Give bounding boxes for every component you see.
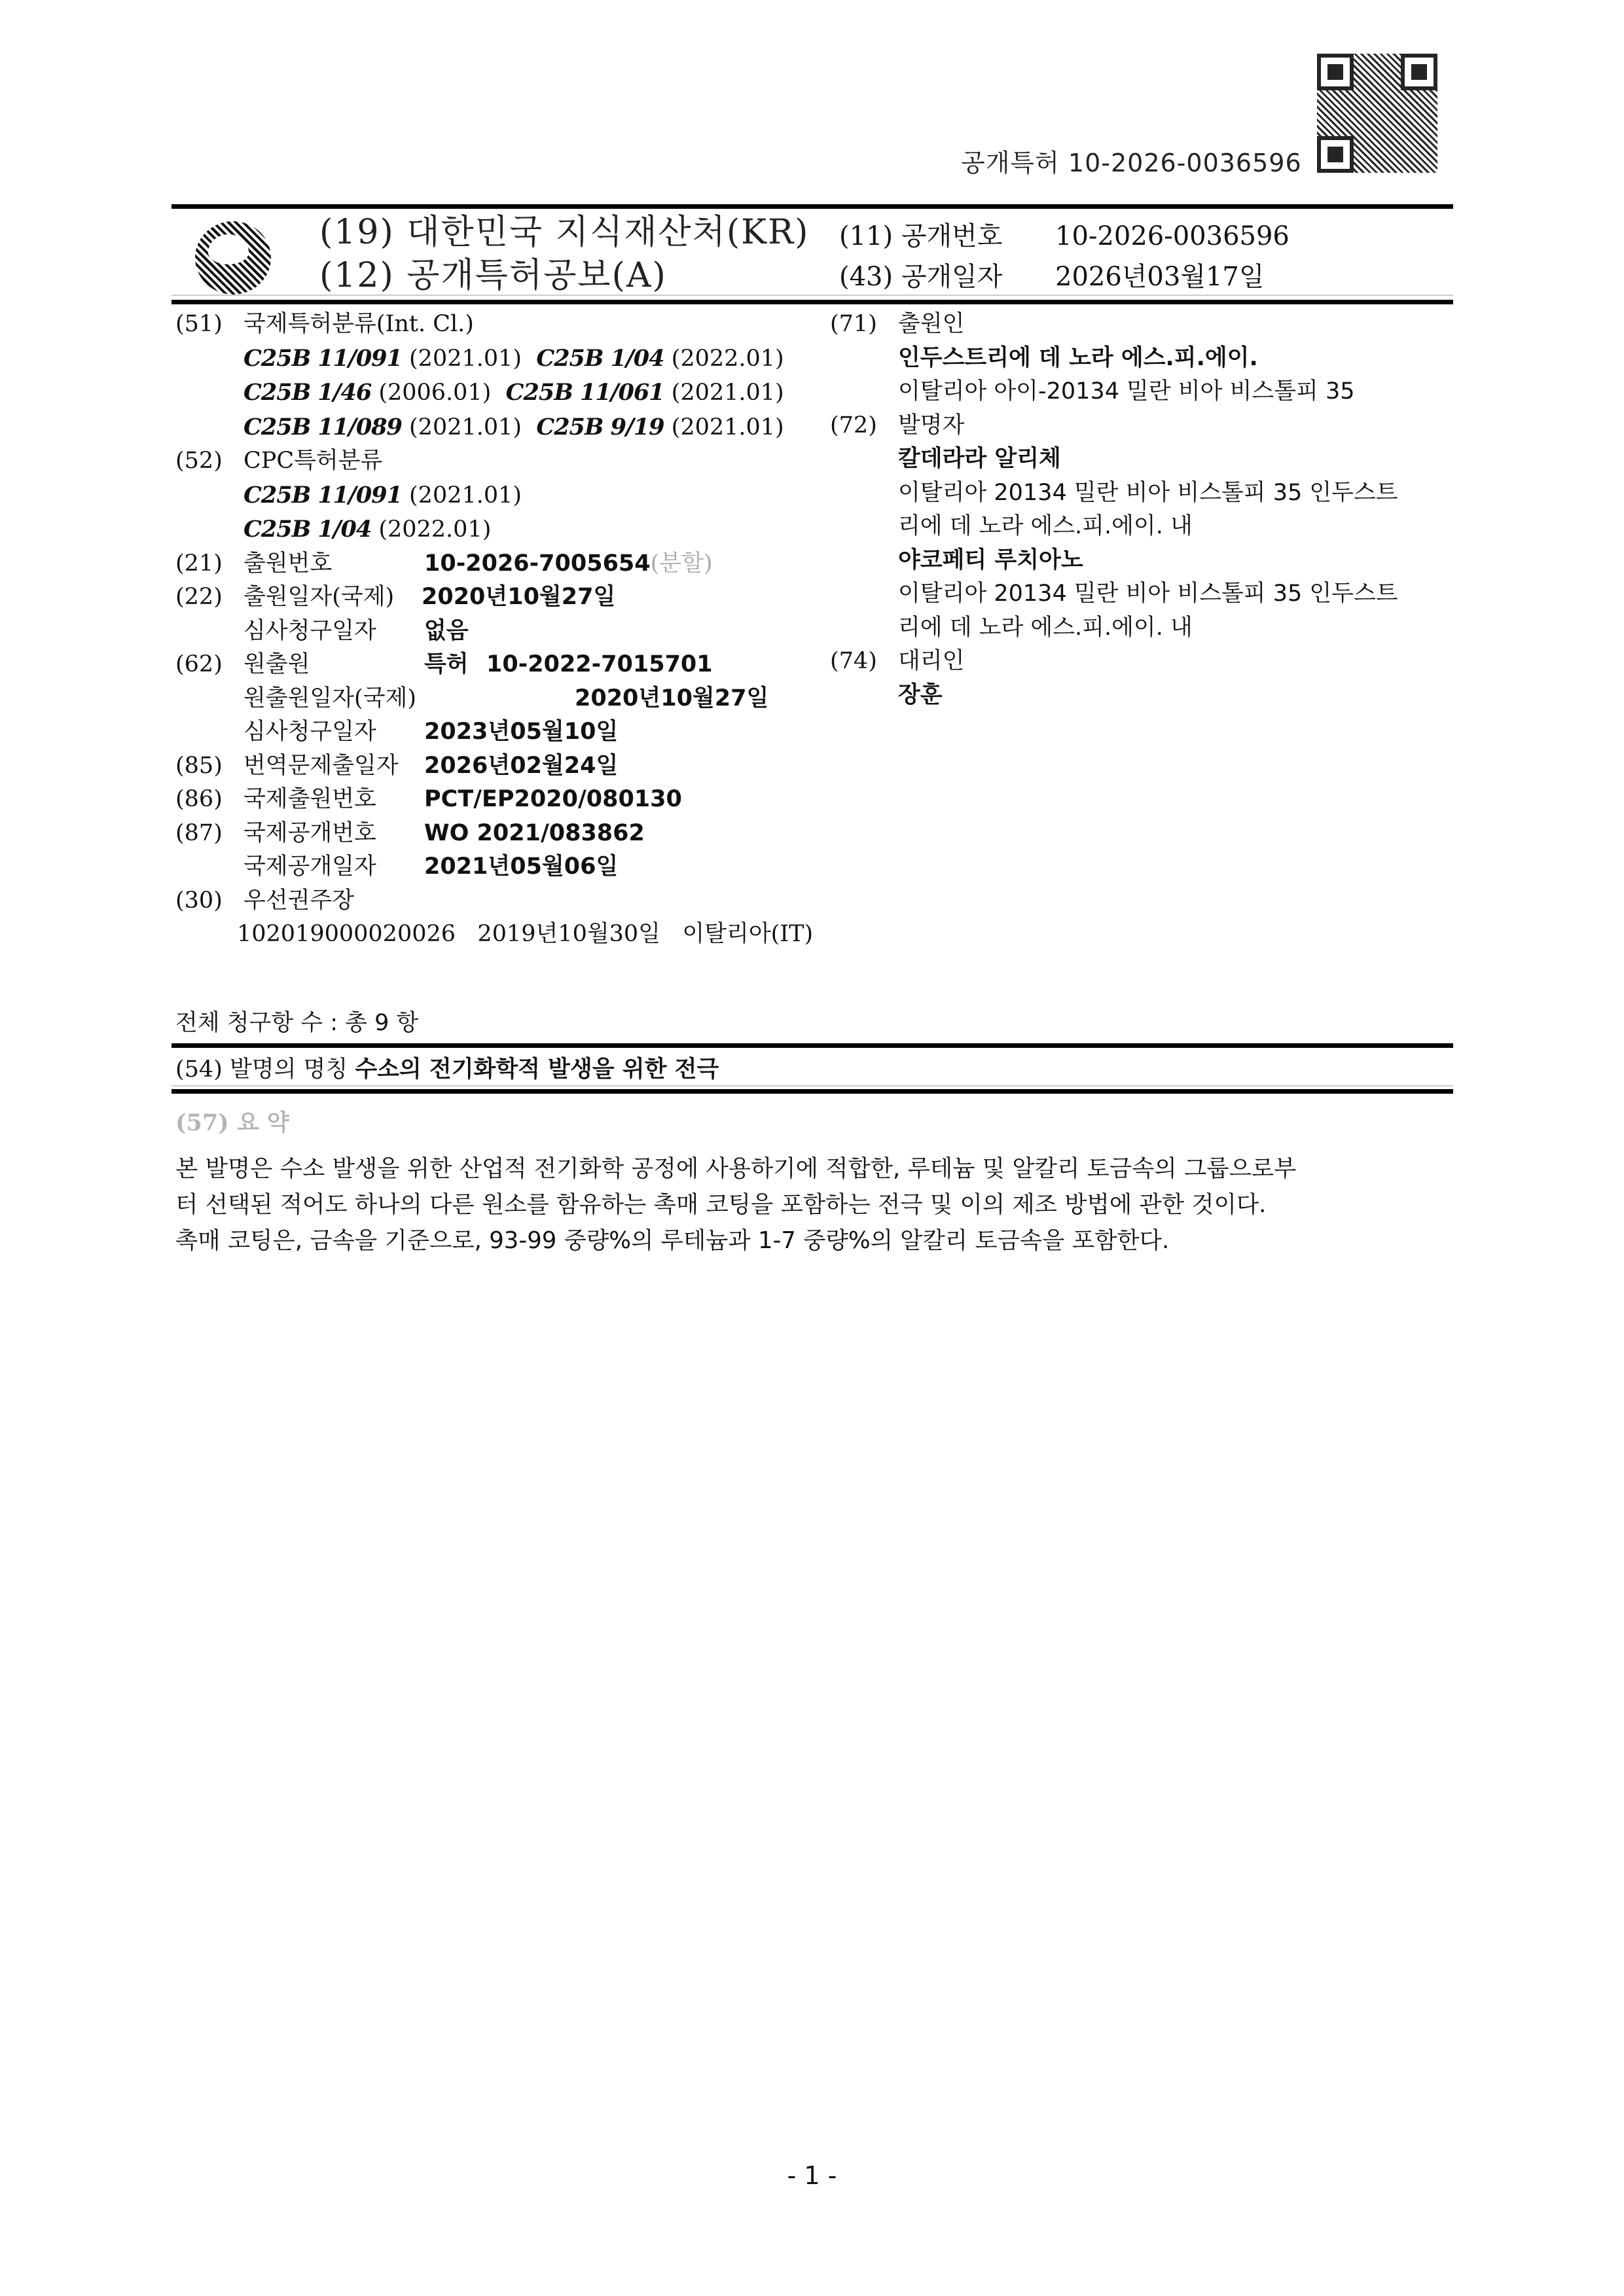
inventor-address-cont: 리에 데 노라 에스.피.에이. 내 — [830, 611, 1452, 645]
emblem-swirl — [208, 234, 249, 264]
publication-info: (11) 공개번호10-2026-0036596 (43) 공개일자2026년0… — [839, 216, 1290, 297]
title-thin-rule — [171, 1085, 1453, 1086]
application-number-row: (21)출원번호 10-2026-7005654(분할) — [175, 547, 804, 581]
qr-finder-icon — [1317, 54, 1354, 90]
bibliographic-right-column: (71)출원인 인두스트리에 데 노라 에스.피.에이. 이탈리아 아이-201… — [830, 308, 1452, 712]
ipc-heading: (51)국제특허분류(Int. Cl.) — [175, 308, 804, 342]
page-number: - 1 - — [0, 2161, 1624, 2190]
cpc-row: C25B 11/091 (2021.01) — [175, 478, 804, 513]
parent-exam-row: 심사청구일자 2023년05월10일 — [175, 715, 804, 749]
qr-finder-icon — [1317, 136, 1354, 173]
intl-application-row: (86)국제출원번호 PCT/EP2020/080130 — [175, 783, 804, 817]
running-header-publication-number: 공개특허 10-2026-0036596 — [961, 143, 1302, 179]
abstract-line: 본 발명은 수소 발생을 위한 산업적 전기화학 공정에 사용하기에 적합한, … — [175, 1151, 1452, 1187]
ipc-row: C25B 1/46 (2006.01) C25B 11/061 (2021.01… — [175, 376, 804, 410]
inventors-heading: (72)발명자 — [830, 409, 1452, 443]
publication-kind: (12) 공개특허공보(A) — [319, 254, 809, 297]
abstract-heading: (57) 요 약 — [175, 1105, 289, 1138]
application-date-row: (22)출원일자(국제) 2020년10월27일 — [175, 581, 804, 615]
agent-heading: (74)대리인 — [830, 645, 1452, 679]
cpc-heading: (52)CPC특허분류 — [175, 444, 804, 478]
application-number: 10-2026-7005654 — [424, 550, 651, 577]
bibliographic-left-column: (51)국제특허분류(Int. Cl.) C25B 11/091 (2021.0… — [175, 308, 804, 952]
qr-finder-icon — [1401, 54, 1437, 90]
abstract-line: 촉매 코팅은, 금속을 기준으로, 93-99 중량%의 루테늄과 1-7 중량… — [175, 1223, 1452, 1259]
exam-request-row: 심사청구일자 없음 — [175, 615, 804, 649]
cpc-row: C25B 1/04 (2022.01) — [175, 512, 804, 547]
publication-number-value: 10-2026-0036596 — [1055, 221, 1290, 251]
ipc-row: C25B 11/091 (2021.01) C25B 1/04 (2022.01… — [175, 342, 804, 376]
invention-title: 수소의 전기화학적 발생을 위한 전극 — [355, 1056, 719, 1083]
inventor-name: 칼데라라 알리체 — [830, 442, 1452, 476]
priority-row: 102019000020026 2019년10월30일 이탈리아(IT) — [175, 918, 804, 952]
office-title: (19) 대한민국 지식재산처(KR) (12) 공개특허공보(A) — [319, 211, 809, 297]
publication-number-label: (11) 공개번호 — [839, 216, 1055, 257]
abstract-line: 터 선택된 적어도 하나의 다른 원소를 함유하는 촉매 코팅을 포함하는 전극… — [175, 1187, 1452, 1223]
invention-title-row: (54) 발명의 명칭 수소의 전기화학적 발생을 위한 전극 — [175, 1051, 719, 1084]
abstract-body: 본 발명은 수소 발생을 위한 산업적 전기화학 공정에 사용하기에 적합한, … — [175, 1151, 1452, 1259]
title-top-rule — [171, 1043, 1453, 1048]
masthead-bottom-rule — [171, 300, 1453, 304]
masthead-top-rule — [171, 204, 1453, 209]
applicant-name: 인두스트리에 데 노라 에스.피.에이. — [830, 342, 1452, 376]
office-name: (19) 대한민국 지식재산처(KR) — [319, 211, 809, 254]
inventor-address: 이탈리아 20134 밀란 비아 비스톨피 35 인두스트 — [830, 577, 1452, 611]
inventor-address: 이탈리아 20134 밀란 비아 비스톨피 35 인두스트 — [830, 476, 1452, 511]
qr-code-icon — [1317, 54, 1437, 173]
agent-name: 장훈 — [830, 679, 1452, 713]
government-emblem-icon — [195, 221, 271, 295]
priority-heading: (30)우선권주장 — [175, 884, 804, 918]
title-bottom-rule — [171, 1089, 1453, 1094]
parent-application-row: (62)원출원 특허 10-2022-7015701 — [175, 648, 804, 682]
divisional-marker: (분할) — [651, 550, 713, 577]
intl-publication-date-row: 국제공개일자 2021년05월06일 — [175, 850, 804, 884]
invention-title-label: (54) 발명의 명칭 — [175, 1056, 348, 1083]
publication-date-value: 2026년03월17일 — [1055, 262, 1265, 292]
applicant-address: 이탈리아 아이-20134 밀란 비아 비스톨피 35 — [830, 375, 1452, 409]
intl-publication-row: (87)국제공개번호 WO 2021/083862 — [175, 817, 804, 851]
publication-date-label: (43) 공개일자 — [839, 257, 1055, 297]
inventor-address-cont: 리에 데 노라 에스.피.에이. 내 — [830, 510, 1452, 544]
ipc-row: C25B 11/089 (2021.01) C25B 9/19 (2021.01… — [175, 410, 804, 445]
applicant-heading: (71)출원인 — [830, 308, 1452, 342]
translation-date-row: (85)번역문제출일자 2026년02월24일 — [175, 749, 804, 783]
total-claims: 전체 청구항 수 : 총 9 항 — [175, 1005, 418, 1037]
inventor-name: 야코페티 루치아노 — [830, 544, 1452, 578]
parent-date-row: 원출원일자(국제) 2020년10월27일 — [175, 682, 804, 716]
